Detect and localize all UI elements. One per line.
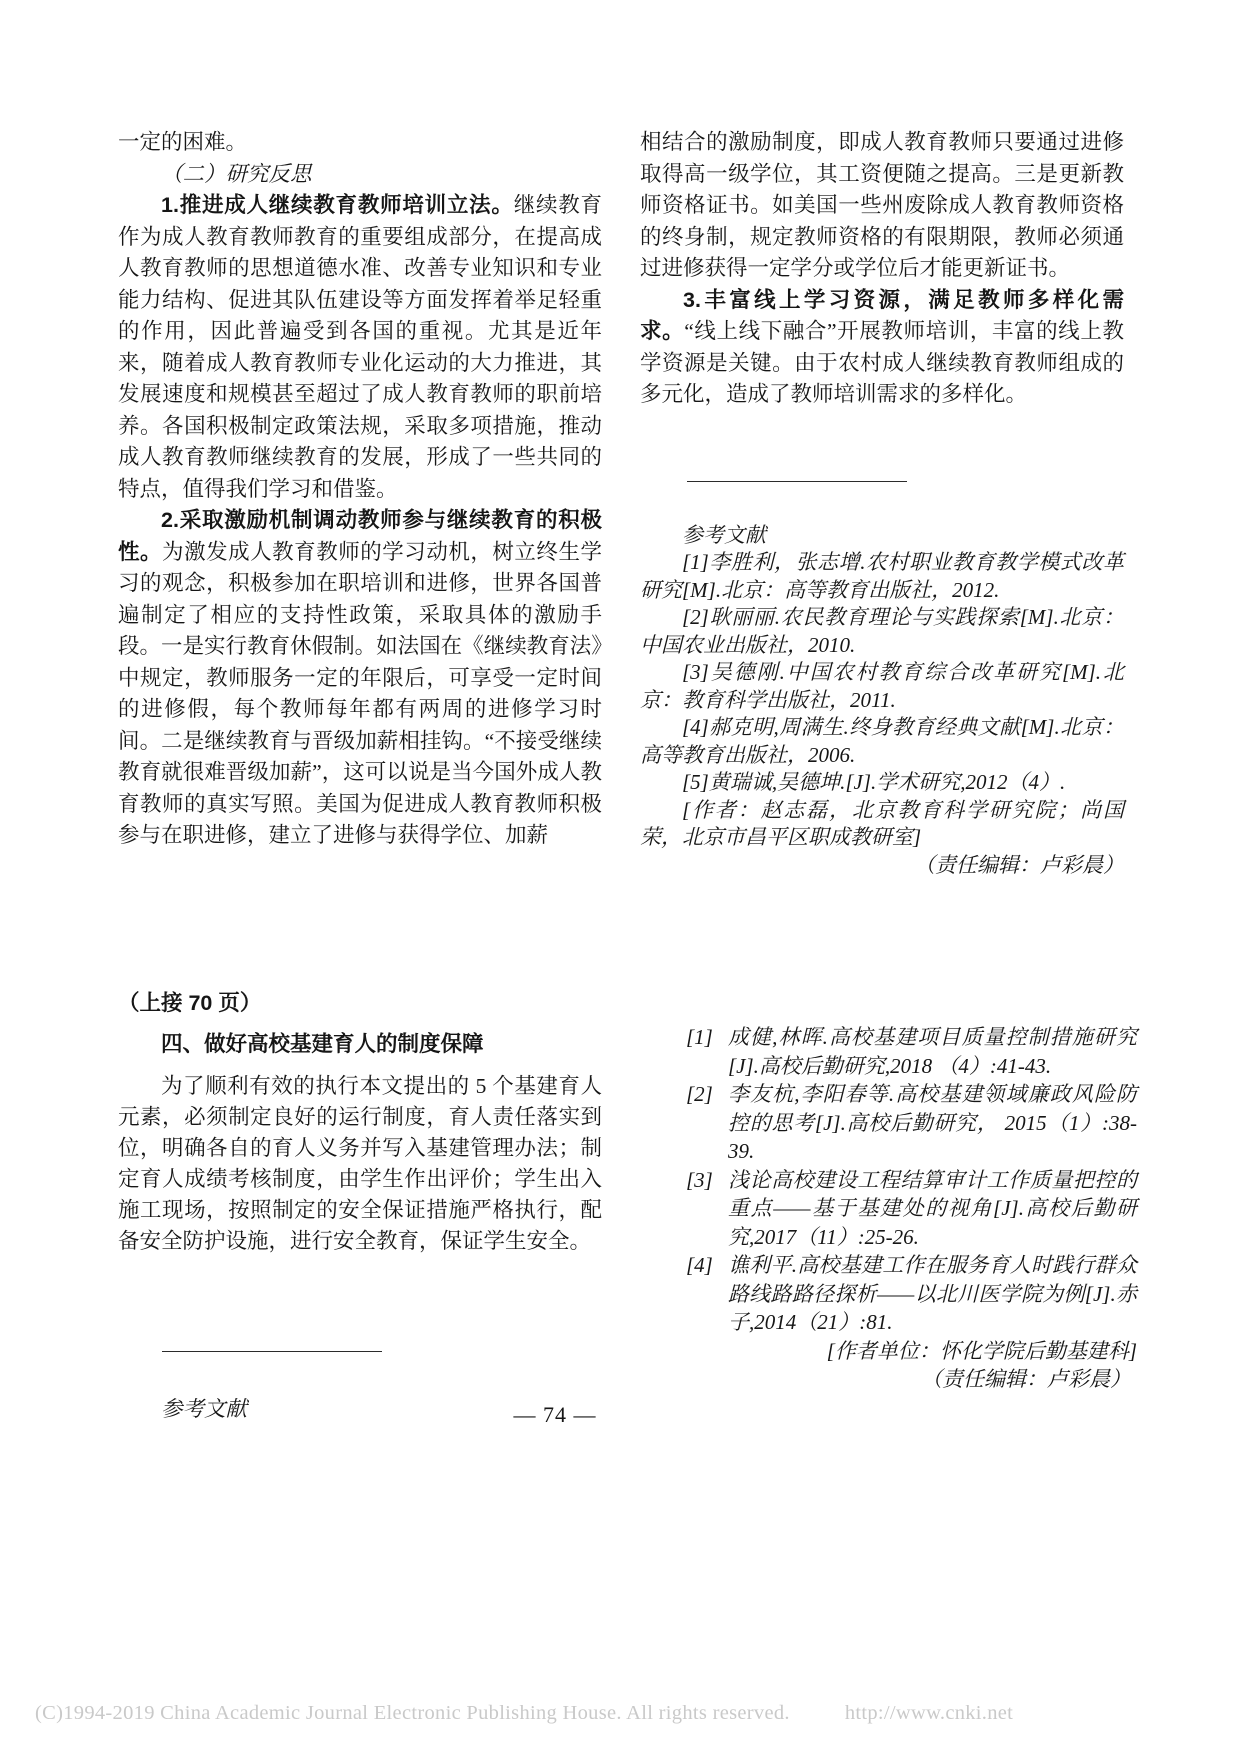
section-heading-2: （二）研究反思 <box>118 159 602 191</box>
reference-item: [1]李胜利，张志增.农村职业教育教学模式改革研究[M].北京：高等教育出版社，… <box>640 549 1124 604</box>
footer-watermark: (C)1994-2019 China Academic Journal Elec… <box>35 1702 1205 1725</box>
page-number: — 74 — <box>0 1402 1110 1428</box>
footer-copyright: (C)1994-2019 China Academic Journal Elec… <box>35 1702 790 1725</box>
paragraph-2-text: 为激发成人教育教师的学习动机，树立终生学习的观念，积极参加在职培训和进修，世界各… <box>118 540 602 848</box>
separator-line <box>687 481 907 482</box>
reference-item: [4]谯利平.高校基建工作在服务育人时践行群众路线路路径探析——以北川医学院为例… <box>640 1251 1137 1337</box>
reference-number: [1] <box>686 1023 713 1052</box>
journal-page: 一定的困难。 （二）研究反思 1.推进成人继续教育教师培训立法。继续教育作为成人… <box>0 0 1240 1754</box>
reference-number: [4] <box>686 1251 713 1280</box>
article2-paragraph: 为了顺利有效的执行本文提出的 5 个基建育人元素，必须制定良好的运行制度，育人责… <box>118 1071 602 1257</box>
article2-right-column: [1]成健,林晖.高校基建项目质量控制措施研究[J].高校后勤研究,2018 （… <box>640 1023 1137 1394</box>
reference-text: 浅论高校建设工程结算审计工作质量把控的重点——基于基建处的视角[J].高校后勤研… <box>728 1168 1137 1249</box>
article1-left-column: 一定的困难。 （二）研究反思 1.推进成人继续教育教师培训立法。继续教育作为成人… <box>118 127 602 852</box>
reference-text: 李友杭,李阳春等.高校基建领域廉政风险防控的思考[J].高校后勤研究， 2015… <box>728 1082 1137 1163</box>
author-unit-note: [作者单位：怀化学院后勤基建科] <box>640 1337 1137 1366</box>
reference-item: [3]吴德刚.中国农村教育综合改革研究[M].北京：教育科学出版社，2011. <box>640 659 1124 714</box>
reference-number: [2] <box>686 1080 713 1109</box>
reference-item: [1]成健,林晖.高校基建项目质量控制措施研究[J].高校后勤研究,2018 （… <box>640 1023 1137 1080</box>
paragraph-3-text: “线上线下融合”开展教师培训，丰富的线上教学资源是关键。由于农村成人继续教育教师… <box>640 319 1124 406</box>
paragraph-2-continued: 相结合的激励制度，即成人教育教师只要通过进修取得高一级学位，其工资便随之提高。三… <box>640 127 1124 285</box>
article1-right-column: 相结合的激励制度，即成人教育教师只要通过进修取得高一级学位，其工资便随之提高。三… <box>640 127 1124 879</box>
paragraph-1-text: 继续教育作为成人教育教师教育的重要组成部分，在提高成人教育教师的思想道德水准、改… <box>118 193 602 501</box>
article1-references: 参考文献 [1]李胜利，张志增.农村职业教育教学模式改革研究[M].北京：高等教… <box>640 522 1124 880</box>
footer-url: http://www.cnki.net <box>845 1702 1013 1725</box>
references-heading: 参考文献 <box>640 522 1124 550</box>
paragraph-1: 1.推进成人继续教育教师培训立法。继续教育作为成人教育教师教育的重要组成部分，在… <box>118 190 602 505</box>
editor-note: （责任编辑：卢彩晨） <box>640 852 1124 880</box>
reference-item: [4]郝克明,周满生.终身教育经典文献[M].北京：高等教育出版社，2006. <box>640 714 1124 769</box>
reference-item: [2]李友杭,李阳春等.高校基建领域廉政风险防控的思考[J].高校后勤研究， 2… <box>640 1080 1137 1166</box>
paragraph-1-lead: 1.推进成人继续教育教师培训立法。 <box>161 193 514 217</box>
separator-line <box>162 1351 382 1352</box>
authors-note: [作者：赵志磊，北京教育科学研究院；尚国荣，北京市昌平区职成教研室] <box>640 797 1124 852</box>
article2-left-column: （上接 70 页） 四、做好高校基建育人的制度保障 为了顺利有效的执行本文提出的… <box>118 988 602 1425</box>
reference-item: [3]浅论高校建设工程结算审计工作质量把控的重点——基于基建处的视角[J].高校… <box>640 1166 1137 1252</box>
continued-from-note: （上接 70 页） <box>118 988 602 1019</box>
reference-number: [3] <box>686 1166 713 1195</box>
reference-text: 谯利平.高校基建工作在服务育人时践行群众路线路路径探析——以北川医学院为例[J]… <box>728 1253 1137 1334</box>
reference-text: 成健,林晖.高校基建项目质量控制措施研究[J].高校后勤研究,2018 （4）:… <box>728 1025 1137 1078</box>
editor-note: （责任编辑：卢彩晨） <box>640 1365 1137 1394</box>
reference-item: [2]耿丽丽.农民教育理论与实践探索[M].北京：中国农业出版社，2010. <box>640 604 1124 659</box>
paragraph-3: 3.丰富线上学习资源，满足教师多样化需求。“线上线下融合”开展教师培训，丰富的线… <box>640 285 1124 411</box>
section-heading-4: 四、做好高校基建育人的制度保障 <box>118 1029 602 1060</box>
paragraph-2: 2.采取激励机制调动教师参与继续教育的积极性。为激发成人教育教师的学习动机，树立… <box>118 505 602 852</box>
reference-item: [5]黄瑞诚,吴德坤.[J].学术研究,2012（4）. <box>640 769 1124 797</box>
paragraph-continuation: 一定的困难。 <box>118 127 602 159</box>
